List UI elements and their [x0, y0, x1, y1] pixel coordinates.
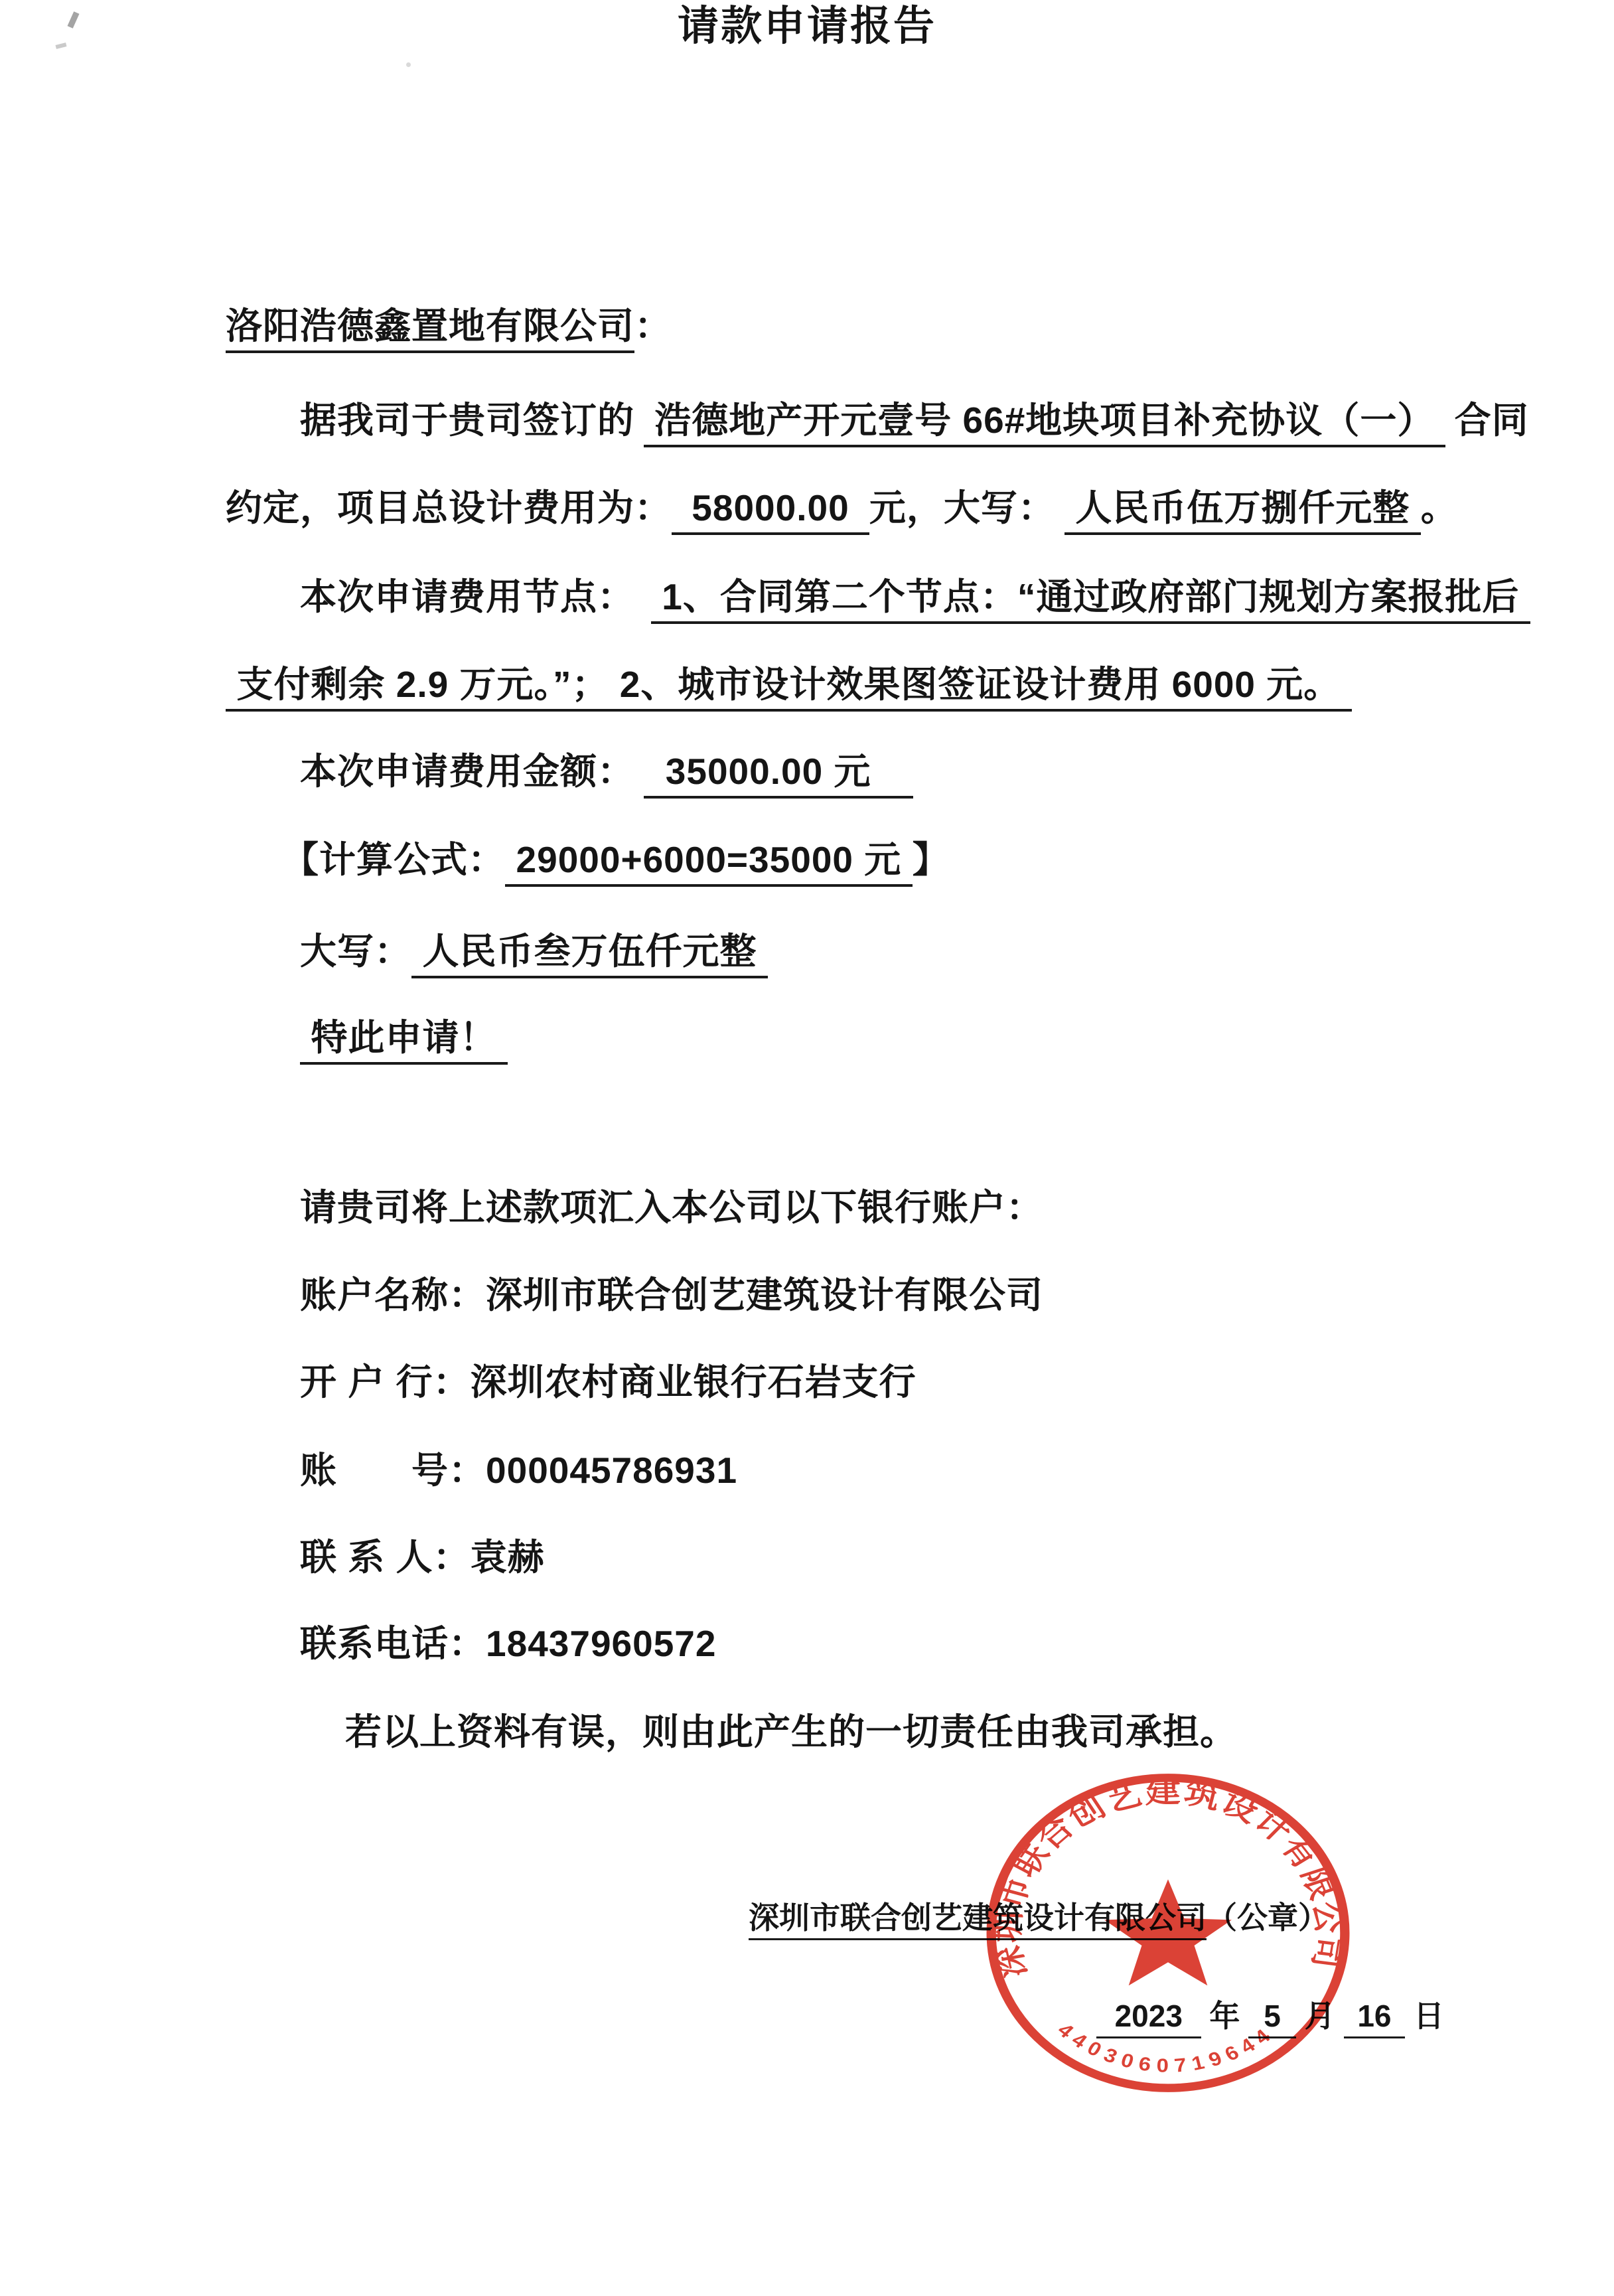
- request-amount-value: 35000.00 元: [644, 751, 913, 799]
- total-fee-caps: 人民币伍万捌仟元整: [1064, 487, 1421, 535]
- contract-post-text: 合同: [1455, 400, 1529, 441]
- paragraph-milestone-1: 本次申请费用节点：1、合同第二个节点：“通过政府部门规划方案报批后: [300, 574, 1530, 621]
- account-name-label: 账户名称：: [300, 1274, 486, 1316]
- date-month: 5: [1248, 1999, 1296, 2038]
- milestone-label: 本次申请费用节点：: [300, 576, 634, 617]
- account-number-value: 000045786931: [486, 1450, 737, 1491]
- signature-suffix: （公章）: [1207, 1900, 1329, 1935]
- contact-person-value: 袁赫: [471, 1537, 545, 1578]
- account-name-value: 深圳市联合创艺建筑设计有限公司: [486, 1274, 1043, 1316]
- signature-company: 深圳市联合创艺建筑设计有限公司: [749, 1900, 1207, 1940]
- paragraph-request-amount: 本次申请费用金额：35000.00 元: [300, 748, 913, 796]
- milestone-text-2: 支付剩余 2.9 万元。”； 2、城市设计效果图签证设计费用 6000 元。: [226, 664, 1352, 712]
- bank-branch-value: 深圳农村商业银行石岩支行: [471, 1361, 917, 1403]
- recipient-line: 洛阳浩德鑫置地有限公司：: [226, 303, 672, 350]
- recipient-company: 洛阳浩德鑫置地有限公司: [226, 305, 634, 353]
- paragraph-formula: 【计算公式：29000+6000=35000 元】: [282, 836, 950, 884]
- paragraph-milestone-2: 支付剩余 2.9 万元。”； 2、城市设计效果图签证设计费用 6000 元。: [226, 661, 1352, 709]
- date-year: 2023: [1096, 1999, 1201, 2038]
- caps-amount-value: 人民币叁万伍仟元整: [411, 931, 768, 978]
- date-month-label: 月: [1305, 1999, 1335, 2033]
- contact-phone-value: 18437960572: [486, 1623, 716, 1664]
- milestone-text-1: 1、合同第二个节点：“通过政府部门规划方案报批后: [651, 576, 1530, 624]
- date-day-label: 日: [1414, 1999, 1444, 2033]
- account-name-line: 账户名称：深圳市联合创艺建筑设计有限公司: [300, 1272, 1043, 1320]
- total-fee-period: 。: [1421, 487, 1458, 528]
- scanned-document-page: 请款申请报告 洛阳浩德鑫置地有限公司： 据我司于贵司签订的浩德地产开元壹号 66…: [0, 0, 1614, 2296]
- recipient-colon: ：: [634, 305, 672, 346]
- seal-arc-text: 深圳市联合创艺建筑设计有限公司: [986, 1773, 1351, 1981]
- formula-open-bracket: 【计算公式：: [282, 839, 505, 880]
- account-number-label: 账 号：: [300, 1450, 486, 1491]
- signature-line: 深圳市联合创艺建筑设计有限公司（公章）: [749, 1898, 1329, 1938]
- date-year-label: 年: [1209, 1999, 1240, 2033]
- paragraph-caps-amount: 大写：人民币叁万伍仟元整: [300, 928, 768, 976]
- request-amount-label: 本次申请费用金额：: [300, 751, 634, 792]
- document-title: 请款申请报告: [0, 0, 1614, 54]
- contact-person-line: 联 系 人：袁赫: [300, 1534, 545, 1582]
- caps-amount-label: 大写：: [300, 931, 411, 972]
- date-day: 16: [1344, 1999, 1406, 2038]
- paragraph-hereby-apply: 特此申请！: [300, 1014, 508, 1062]
- total-fee-mid: 元，大写：: [869, 487, 1055, 528]
- total-fee-amount: 58000.00: [672, 487, 869, 535]
- disclaimer-line: 若以上资料有误，则由此产生的一切责任由我司承担。: [345, 1709, 1237, 1756]
- date-line: 2023年5月16日: [1096, 1997, 1453, 2036]
- scan-artifact: [406, 62, 411, 67]
- total-fee-label: 约定，项目总设计费用为：: [226, 487, 672, 528]
- contract-name: 浩德地产开元壹号 66#地块项目补充协议（一）: [644, 400, 1445, 447]
- hereby-apply-text: 特此申请！: [300, 1017, 508, 1065]
- bank-intro-line: 请贵司将上述款项汇入本公司以下银行账户：: [300, 1184, 1043, 1232]
- formula-close-bracket: 】: [913, 839, 950, 880]
- contact-person-label: 联 系 人：: [300, 1537, 471, 1578]
- paragraph-total-fee: 约定，项目总设计费用为：58000.00元，大写：人民币伍万捌仟元整。: [226, 485, 1458, 532]
- contract-pre-text: 据我司于贵司签订的: [300, 400, 634, 441]
- contact-phone-line: 联系电话：18437960572: [300, 1620, 717, 1668]
- bank-branch-label: 开 户 行：: [300, 1361, 471, 1403]
- contact-phone-label: 联系电话：: [300, 1623, 486, 1664]
- bank-branch-line: 开 户 行：深圳农村商业银行石岩支行: [300, 1359, 917, 1407]
- paragraph-contract: 据我司于贵司签订的浩德地产开元壹号 66#地块项目补充协议（一）合同: [300, 397, 1529, 445]
- formula-expression: 29000+6000=35000 元: [505, 839, 913, 887]
- account-number-line: 账 号：000045786931: [300, 1447, 737, 1495]
